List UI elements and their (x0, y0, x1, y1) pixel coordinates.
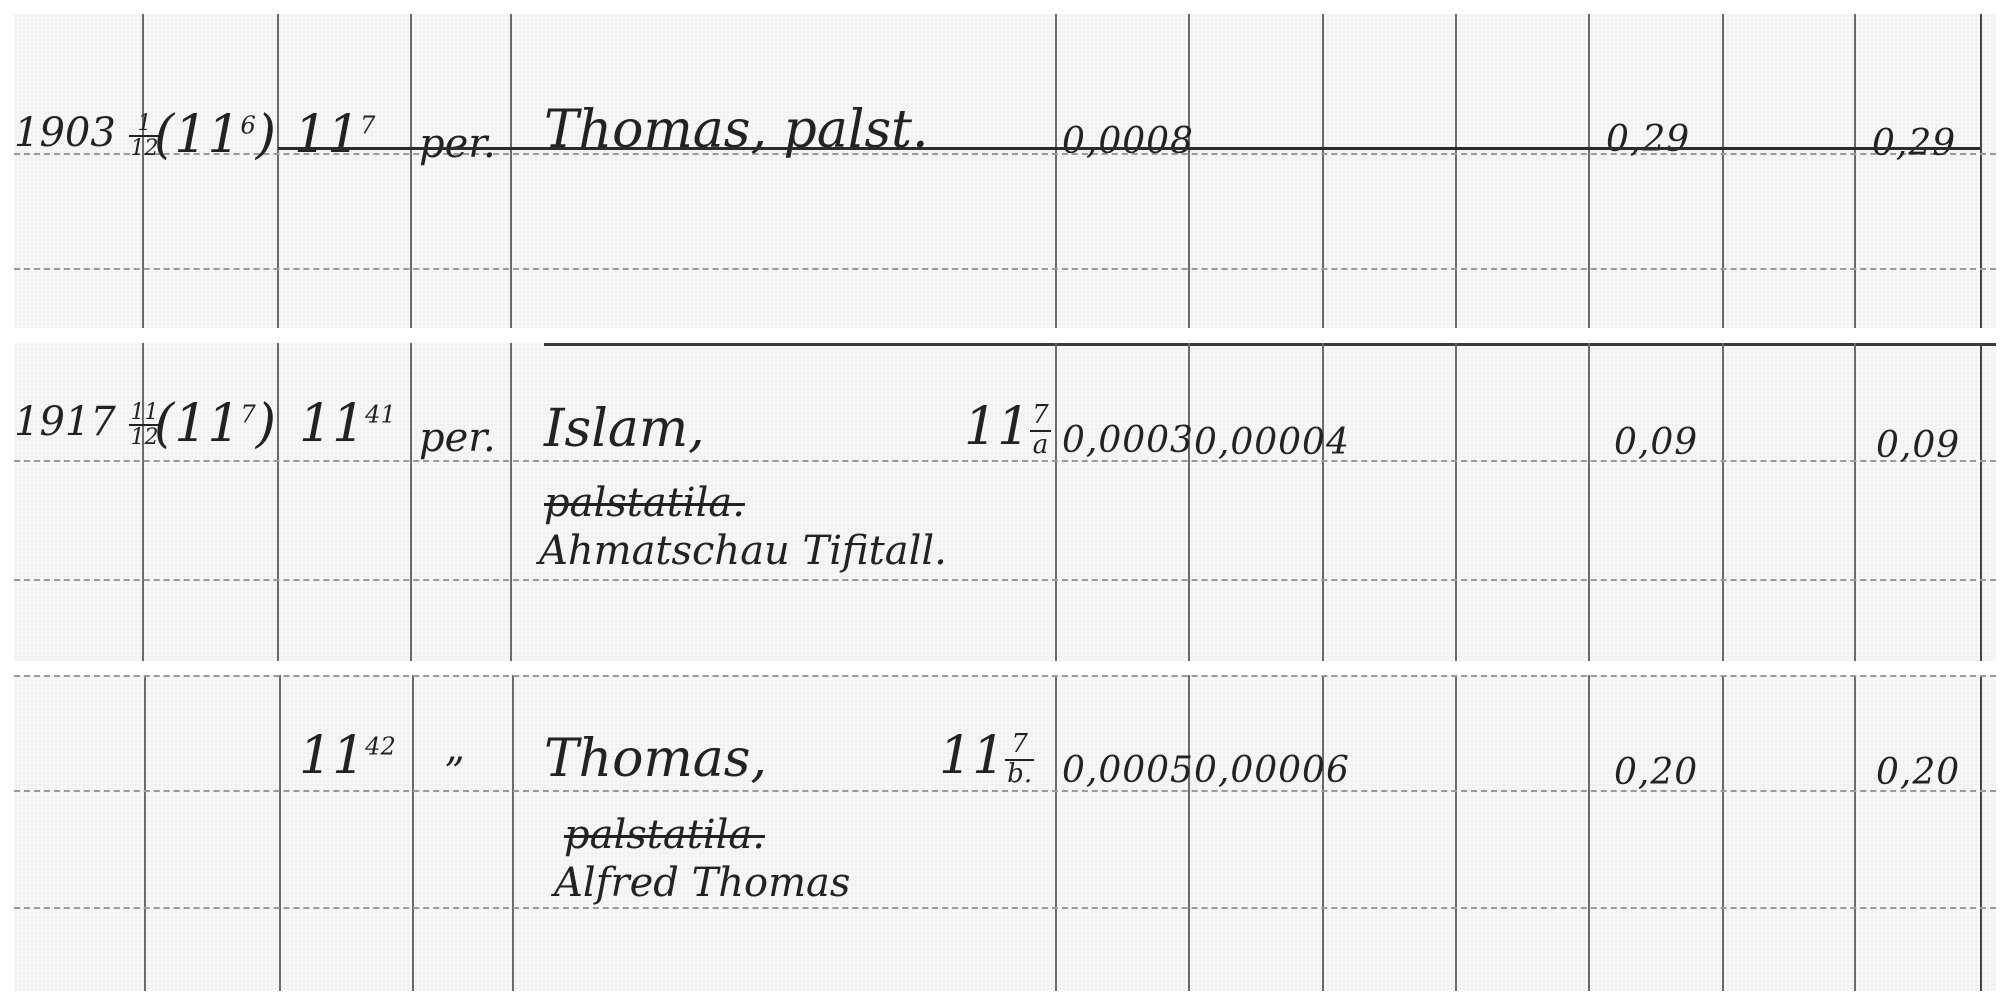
value-col-g: 0,09 (1876, 428, 1960, 464)
entry-date: 1917 11 12 (14, 401, 161, 449)
entry-name-line: Islam, (544, 403, 705, 455)
date-year: 1903 (14, 110, 116, 156)
column-divider (1722, 343, 1724, 661)
column-divider (144, 675, 146, 991)
previous-reference: (116) (154, 109, 276, 161)
side-reference: 117b. (939, 730, 1034, 788)
column-divider (1854, 675, 1856, 991)
column-divider (277, 343, 279, 661)
entry-number: 1142 (299, 730, 396, 782)
entry-number: 117 (294, 109, 375, 161)
column-divider (1455, 675, 1457, 991)
row-rule (14, 907, 1996, 909)
value-col-a: 0,0005 (1062, 753, 1194, 789)
column-divider (1055, 343, 1057, 661)
entry-mode-ditto: ” (444, 753, 464, 793)
column-divider (279, 675, 281, 991)
value-col-b: 0,00004 (1194, 425, 1350, 461)
value-col-e: 0,20 (1614, 755, 1698, 791)
entry-name-line: Alfred Thomas (554, 863, 850, 903)
value-col-e: 0,09 (1614, 425, 1698, 461)
entry-mode: per. (419, 124, 496, 164)
column-divider (510, 14, 512, 328)
column-divider (510, 343, 512, 661)
column-divider (1980, 14, 1982, 328)
entry-name-line: Ahmatschau Tifitall. (539, 531, 947, 571)
column-divider (1188, 14, 1190, 328)
entry-mode: per. (419, 418, 496, 458)
column-divider (1588, 675, 1590, 991)
side-reference: 117a (964, 401, 1051, 459)
row-rule (14, 460, 1996, 462)
row-rule (14, 268, 1996, 270)
column-divider (1588, 14, 1590, 328)
value-col-g: 0,20 (1876, 755, 1960, 791)
column-divider (1188, 343, 1190, 661)
row-rule (14, 790, 1996, 792)
column-divider (410, 14, 412, 328)
column-divider (1322, 14, 1324, 328)
column-divider (410, 343, 412, 661)
entry-number: 1141 (299, 398, 396, 450)
ledger-entry-11-42: 1142 ” Thomas, palstatila. Alfred Thomas… (14, 675, 1996, 991)
section-top-rule (544, 343, 1996, 346)
entry-strikethrough (278, 147, 1980, 150)
entry-name-line: Thomas, (544, 733, 767, 785)
ledger-entry-1917: 1917 11 12 (117) 1141 per. Islam, palsta… (14, 343, 1996, 661)
column-divider (1588, 343, 1590, 661)
entry-name-line-struck: palstatila. (564, 815, 765, 855)
value-col-g: 0,29 (1872, 126, 1956, 162)
row-rule (14, 579, 1996, 581)
value-col-b: 0,00006 (1194, 753, 1350, 789)
column-divider (1055, 675, 1057, 991)
column-divider (1980, 675, 1982, 991)
entry-date: 1903 1 12 (14, 112, 161, 160)
column-divider (1722, 675, 1724, 991)
ledger-entry-1903: 1903 1 12 (116) 117 per. Thomas, palst. … (14, 14, 1996, 328)
previous-reference: (117) (154, 398, 276, 450)
column-divider (512, 675, 514, 991)
column-divider (142, 343, 144, 661)
column-divider (1980, 343, 1982, 661)
column-divider (1455, 14, 1457, 328)
value-col-a: 0,0003 (1062, 423, 1194, 459)
column-divider (412, 675, 414, 991)
column-divider (1722, 14, 1724, 328)
column-divider (277, 14, 279, 328)
column-divider (1055, 14, 1057, 328)
value-col-e: 0,29 (1606, 122, 1690, 158)
entry-name-line-struck: palstatila. (544, 483, 745, 523)
value-col-a: 0,0008 (1062, 124, 1194, 160)
column-divider (1854, 14, 1856, 328)
column-divider (1322, 675, 1324, 991)
column-divider (1455, 343, 1457, 661)
column-divider (1854, 343, 1856, 661)
column-divider (1188, 675, 1190, 991)
row-rule (14, 675, 1996, 677)
date-year: 1917 (14, 399, 116, 445)
column-divider (1322, 343, 1324, 661)
column-divider (142, 14, 144, 328)
